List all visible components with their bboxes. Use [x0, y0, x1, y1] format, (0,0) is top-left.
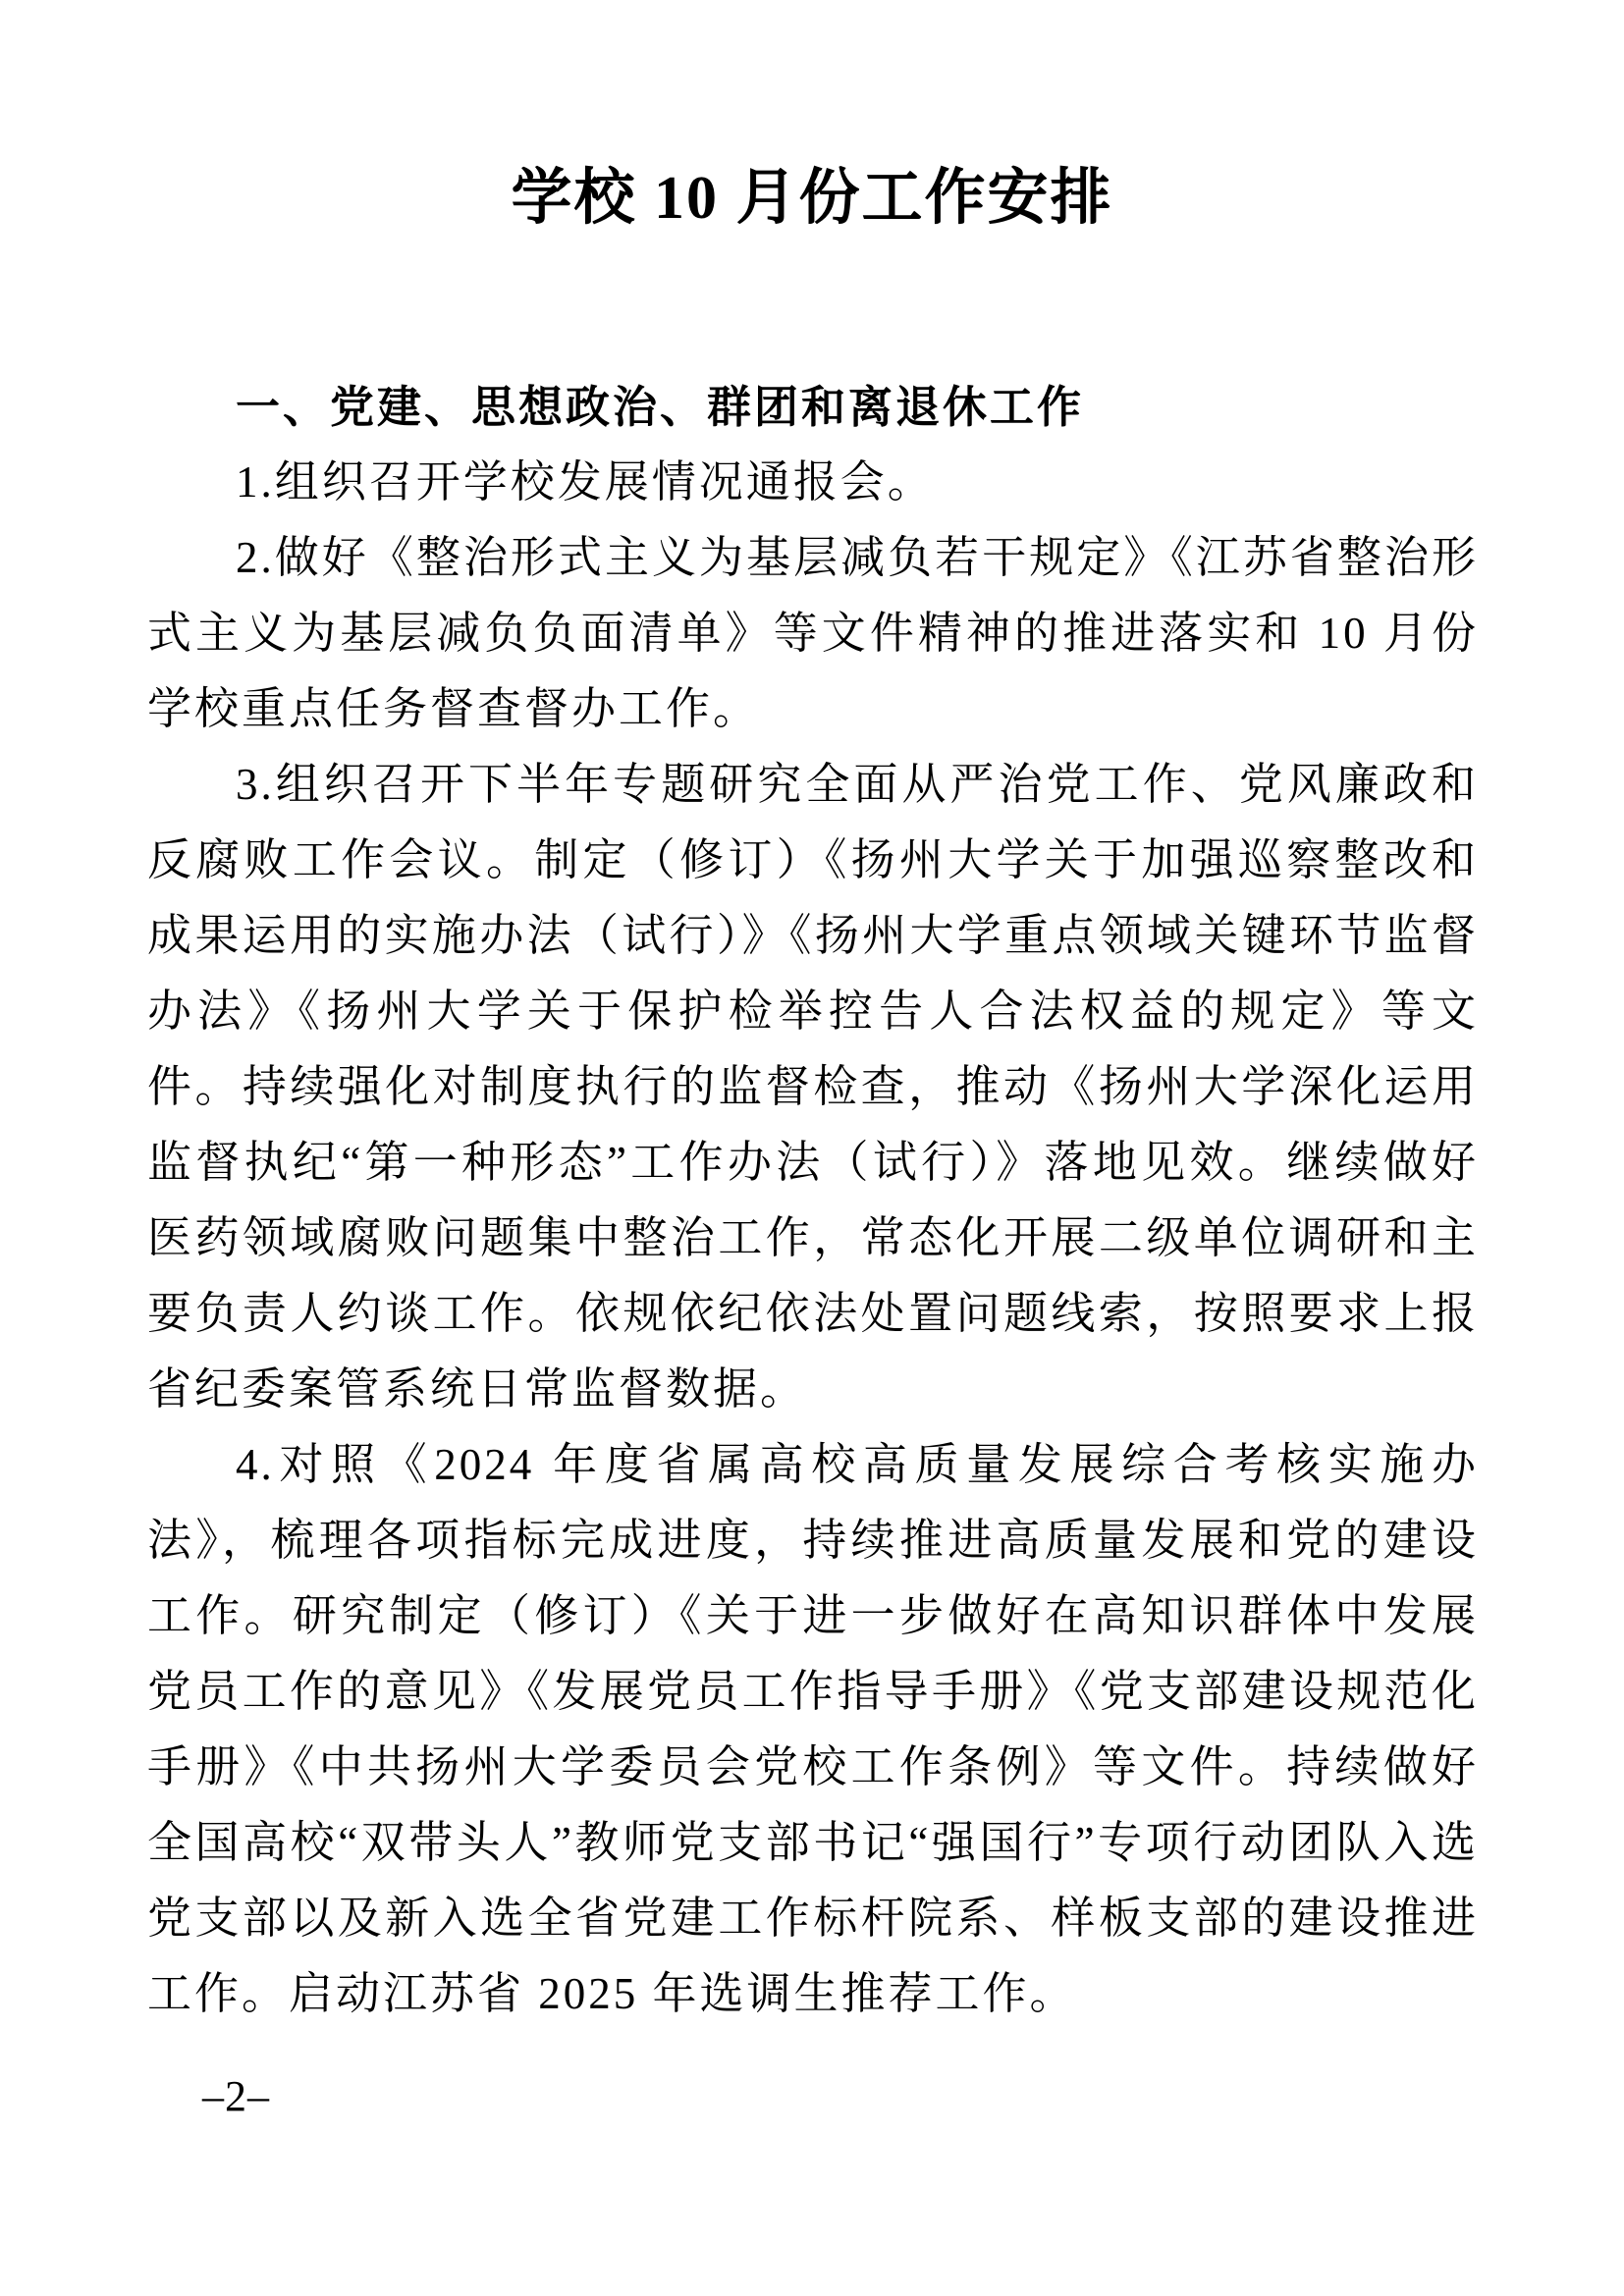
document-title: 学校 10 月份工作安排 — [0, 157, 1624, 240]
paragraph-3: 3.组织召开下半年专题研究全面从严治党工作、党风廉政和反腐败工作会议。制定（修订… — [147, 747, 1479, 1427]
paragraph-1: 1.组织召开学校发展情况通报会。 — [147, 445, 1479, 520]
page-number: –2– — [202, 2073, 270, 2120]
section-heading-1: 一、党建、思想政治、群团和离退休工作 — [147, 369, 1479, 445]
paragraph-2: 2.做好《整治形式主义为基层减负若干规定》《江苏省整治形式主义为基层减负负面清单… — [147, 520, 1479, 747]
paragraph-4: 4.对照《2024 年度省属高校高质量发展综合考核实施办法》，梳理各项指标完成进… — [147, 1427, 1479, 2032]
document-page: 学校 10 月份工作安排 一、党建、思想政治、群团和离退休工作 1.组织召开学校… — [0, 0, 1624, 2296]
document-body: 一、党建、思想政治、群团和离退休工作 1.组织召开学校发展情况通报会。 2.做好… — [147, 369, 1479, 2032]
